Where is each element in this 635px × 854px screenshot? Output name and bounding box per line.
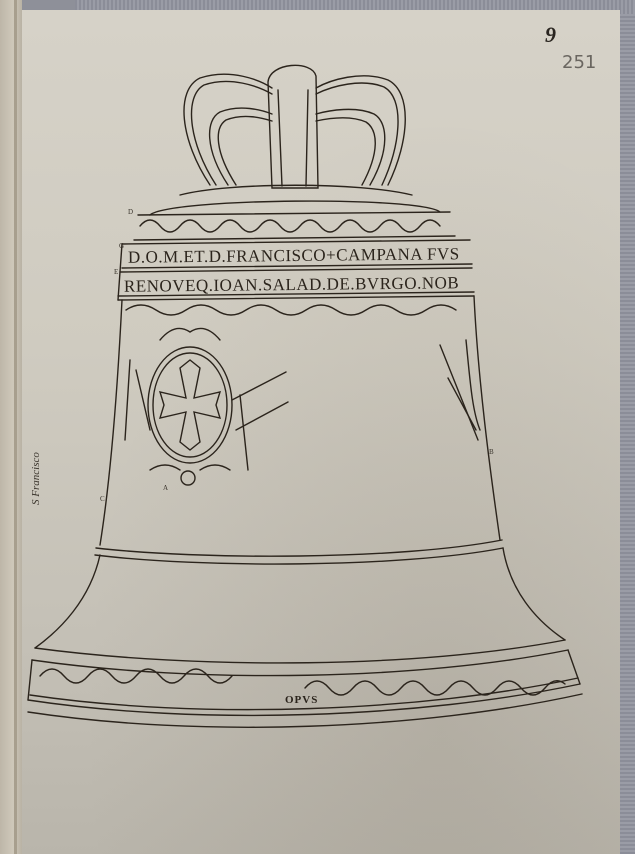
reference-mark-e: E	[114, 268, 118, 276]
inscription-line-1: D.O.M.ET.D.FRANCISCO+CAMPANA FVS	[128, 244, 460, 267]
reference-mark-g: G	[119, 242, 124, 250]
reference-mark-a: A	[163, 484, 168, 492]
bell-drawing	[0, 0, 635, 854]
reference-mark-c: C	[100, 495, 105, 503]
lower-band-label: OPVS	[285, 694, 318, 706]
inscription-line-2: RENOVEQ.IOAN.SALAD.DE.BVRGO.NOB	[124, 273, 459, 297]
pencil-number: 251	[562, 52, 596, 73]
reference-mark-b: B	[489, 448, 494, 456]
folio-number: 9	[545, 22, 556, 48]
reference-mark-d: D	[128, 208, 133, 216]
maltese-cross-cartouche-icon	[125, 328, 288, 485]
bell-crown-icon	[184, 65, 405, 188]
side-label: S Francisco	[30, 452, 42, 505]
